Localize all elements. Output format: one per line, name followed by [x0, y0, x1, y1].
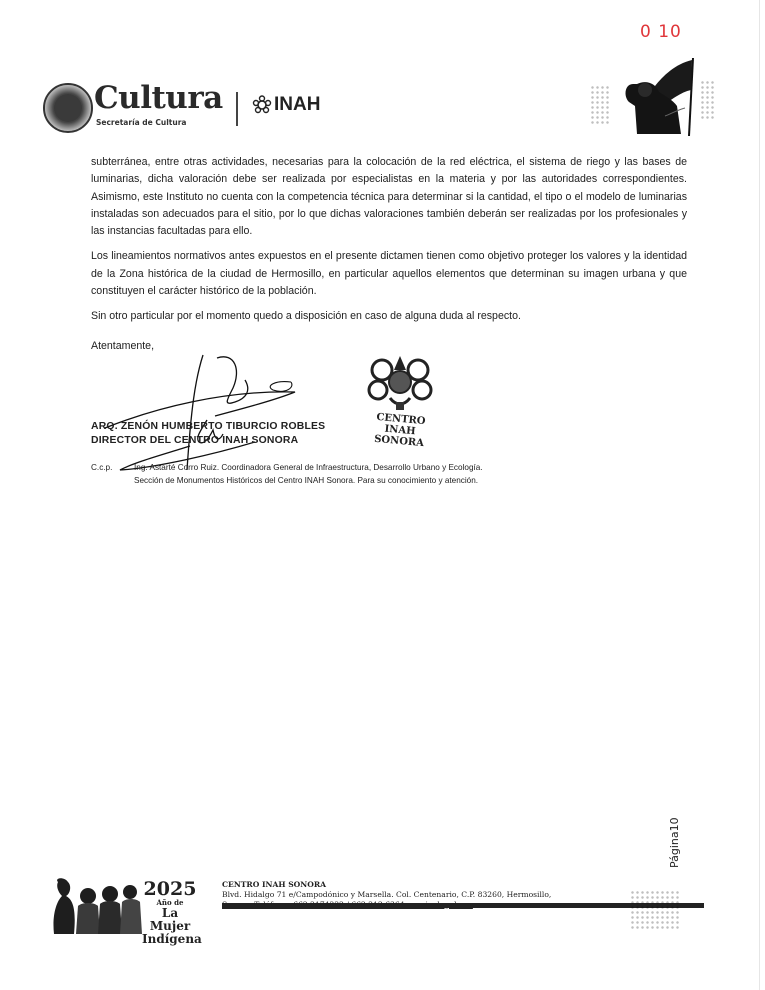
brand-name: Cultura — [94, 80, 223, 116]
paragraph: subterránea, entre otras actividades, ne… — [91, 154, 687, 240]
signer-block: ARQ. ZENÓN HUMBERTO TIBURCIO ROBLES DIRE… — [91, 420, 325, 448]
footer-street: Blvd. Hidalgo 71 e/Campodónico y Marsell… — [222, 890, 551, 900]
paragraph: Los lineamientos normativos antes expues… — [91, 248, 687, 300]
handwritten-signature — [95, 350, 355, 475]
institute-name: INAH — [274, 94, 320, 116]
brand-subtitle: Secretaría de Cultura — [96, 118, 186, 127]
page-label-vertical: Página10 — [668, 817, 681, 868]
ccp-label: C.c.p. — [91, 462, 112, 475]
mexico-coat-of-arms-icon — [43, 83, 93, 133]
footer-org: CENTRO INAH SONORA — [222, 880, 551, 890]
page-edge — [759, 0, 760, 990]
flag-bearer-figure — [615, 56, 697, 138]
bleed-through-text — [350, 95, 354, 109]
ccp-recipient: Ing. Astarté Corro Ruiz. Coordinadora Ge… — [134, 462, 554, 475]
ccp-recipient: Sección de Monumentos Históricos del Cen… — [134, 475, 554, 488]
year-of-indigenous-women-logo: 2025 Año de La Mujer Indígena — [142, 880, 198, 946]
signer-name: ARQ. ZENÓN HUMBERTO TIBURCIO ROBLES — [91, 420, 325, 434]
scan-noise — [590, 85, 610, 125]
handwritten-page-number: 0 10 — [640, 22, 682, 42]
signer-title: DIRECTOR DEL CENTRO INAH SONORA — [91, 434, 325, 448]
scan-noise — [630, 890, 680, 930]
header-divider — [236, 92, 238, 126]
letter-body: subterránea, entre otras actividades, ne… — [91, 154, 687, 334]
indigenous-women-figures — [52, 876, 144, 934]
inah-logo-icon — [252, 95, 272, 115]
stamp-text: CENTRO INAH SONORA — [361, 411, 440, 450]
scan-noise — [700, 80, 714, 120]
letterhead: Cultura Secretaría de Cultura INAH — [40, 78, 340, 138]
paragraph: Sin otro particular por el momento quedo… — [91, 308, 687, 325]
